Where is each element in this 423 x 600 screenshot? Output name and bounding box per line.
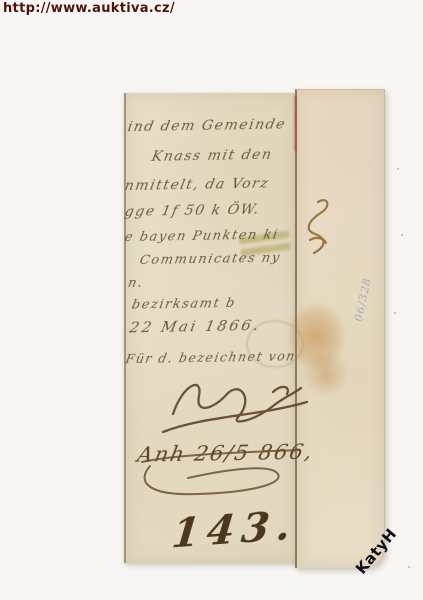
handwriting-line: nmittelt, da Vorz	[123, 176, 271, 195]
docket-flourish-loop	[128, 448, 306, 500]
dust-speck	[401, 234, 403, 236]
archive-number: 143.	[170, 501, 300, 557]
signature-flourish	[155, 372, 315, 438]
handwriting-line: Communicates ny	[138, 251, 282, 268]
handwriting-line: ind dem Gemeinde	[126, 117, 287, 136]
handwriting-line: n.	[127, 276, 145, 291]
handwriting-date-line: 22 Mai 1866.	[128, 316, 263, 336]
fold-crease-red-tint	[294, 96, 297, 151]
ink-flourish-mark	[296, 196, 334, 258]
dust-speck	[408, 566, 410, 568]
handwriting-line: gge 1f 50 k ÖW.	[123, 202, 261, 220]
auction-site-url-watermark: http://www.auktiva.cz/	[3, 1, 175, 16]
scan-background: http://www.auktiva.cz/ ind dem Gemeinde …	[0, 0, 423, 600]
dust-speck	[394, 312, 396, 314]
handwriting-line: bezirksamt b	[130, 296, 237, 313]
handwriting-line: e bayen Punkten ki	[123, 228, 280, 246]
dust-speck	[397, 168, 399, 170]
handwriting-line: Knass mit den	[150, 147, 274, 165]
handwriting-line: Für d. bezeichnet von	[124, 349, 297, 367]
